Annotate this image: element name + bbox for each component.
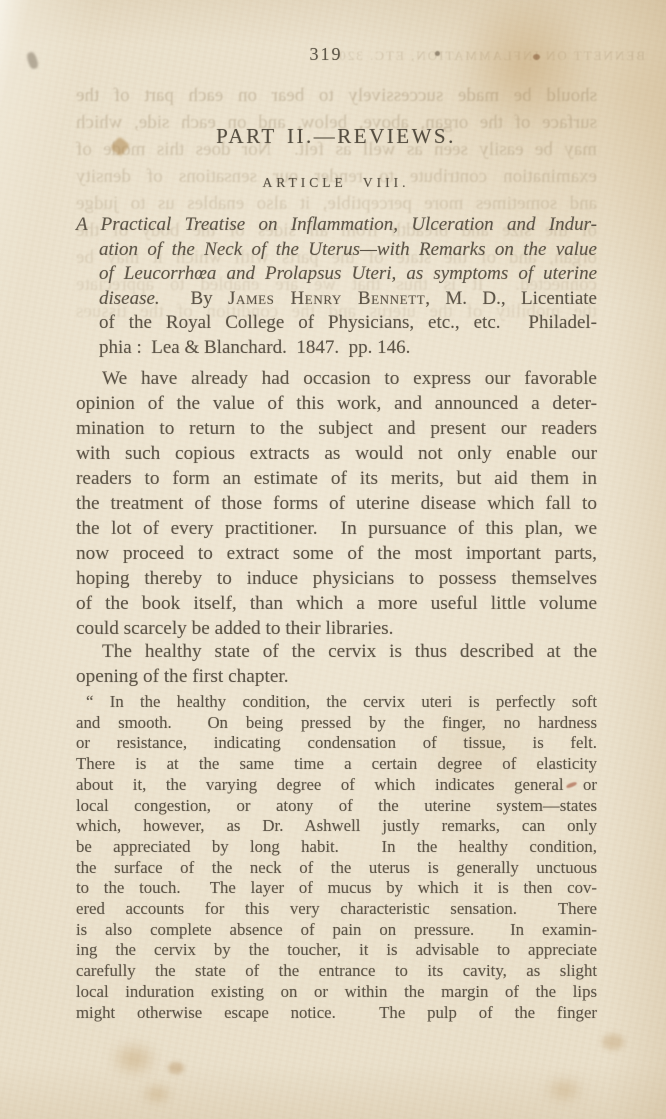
margin-mark	[26, 51, 40, 70]
text-line: mination to return to the subject and pr…	[76, 416, 597, 441]
text-segment: of Leucorrhœa and Prolapsus Uteri, as sy…	[99, 263, 597, 284]
article-title-citation: A Practical Treatise on Inflammation, Ul…	[76, 213, 597, 360]
text-segment: of the Royal College of Physicians, etc.…	[99, 312, 597, 333]
text-line: might otherwise escape notice. The pulp …	[76, 1003, 597, 1024]
text-line: There is at the same time a certain degr…	[76, 754, 597, 775]
text-line: “ In the healthy condition, the cervix u…	[76, 692, 597, 713]
text-line: the surface of the neck of the uterus is…	[76, 858, 597, 879]
body-paragraph-intro: We have already had occasion to express …	[76, 366, 597, 641]
text-line: now proceed to extract some of the most …	[76, 541, 597, 566]
text-line: of Leucorrhœa and Prolapsus Uteri, as sy…	[76, 262, 597, 287]
text-line: and smooth. On being pressed by the fing…	[76, 713, 597, 734]
paper-stain-top	[455, 0, 595, 140]
text-line: hoping thereby to induce physicians to p…	[76, 566, 597, 591]
text-line: The healthy state of the cervix is thus …	[76, 639, 597, 664]
text-line: be appreciated by long habit. In the hea…	[76, 837, 597, 858]
text-line: of the book itself, than which a more us…	[76, 591, 597, 616]
text-line: about it, the varying degree of which in…	[76, 775, 597, 796]
block-quote-paragraph: “ In the healthy condition, the cervix u…	[76, 692, 597, 1023]
text-line: is also complete absence of pain on pres…	[76, 920, 597, 941]
text-segment: James Henry Bennett	[228, 288, 425, 309]
text-line: A Practical Treatise on Inflammation, Ul…	[76, 213, 597, 238]
text-line: We have already had occasion to express …	[76, 366, 597, 391]
text-line: readers to form an estimate of its merit…	[76, 466, 597, 491]
text-segment: phia : Lea & Blanchard. 1847. pp. 146.	[99, 337, 410, 358]
article-heading: ARTICLE VIII.	[76, 175, 596, 191]
paper-stain-bottom-left	[168, 1062, 184, 1074]
text-line: which, however, as Dr. Ashwell justly re…	[76, 816, 597, 837]
text-line: disease. By James Henry Bennett, M. D., …	[76, 287, 597, 312]
text-segment: disease.	[99, 288, 160, 309]
scanned-book-page: BENNETT ON INFLAMMATION, ETC. 320 should…	[0, 0, 666, 1119]
bleed-through-line: should be made successively to bear on e…	[76, 84, 597, 108]
text-line: could scarcely be added to their librari…	[76, 616, 597, 641]
body-paragraph-leadin: The healthy state of the cervix is thus …	[76, 639, 597, 689]
text-segment: A Practical Treatise on Inflammation, Ul…	[76, 214, 597, 235]
text-line: or resistance, indicating condensation o…	[76, 733, 597, 754]
text-line: with such copious extracts as would not …	[76, 441, 597, 466]
text-line: ing the cervix by the toucher, it is adv…	[76, 940, 597, 961]
paper-stain-bottom-right	[543, 1076, 585, 1104]
text-line: ation of the Neck of the Uterus—with Rem…	[76, 238, 597, 263]
paper-stain-bottom-left	[108, 1040, 160, 1078]
text-line: opening of the first chapter.	[76, 664, 597, 689]
text-line: the lot of every practitioner. In pursua…	[76, 516, 597, 541]
text-line: of the Royal College of Physicians, etc.…	[76, 311, 597, 336]
page-number: 319	[76, 44, 576, 65]
text-segment: By	[160, 288, 228, 309]
part-heading: PART II.—REVIEWS.	[76, 124, 596, 149]
text-segment: ation of the Neck of the Uterus—with Rem…	[99, 239, 597, 260]
text-line: to the touch. The layer of mucus by whic…	[76, 878, 597, 899]
paper-stain-bottom-left	[140, 1082, 174, 1106]
text-segment: , M. D., Licentiate	[425, 288, 597, 309]
text-line: the treatment of those forms of uterine …	[76, 491, 597, 516]
text-line: local congestion, or atony of the uterin…	[76, 796, 597, 817]
text-line: opinion of the value of this work, and a…	[76, 391, 597, 416]
text-line: local induration existing on or within t…	[76, 982, 597, 1003]
text-line: ered accounts for this very characterist…	[76, 899, 597, 920]
text-line: phia : Lea & Blanchard. 1847. pp. 146.	[76, 336, 597, 361]
paper-stain-bottom-right	[602, 1034, 624, 1050]
text-line: carefully the state of the entrance to i…	[76, 961, 597, 982]
